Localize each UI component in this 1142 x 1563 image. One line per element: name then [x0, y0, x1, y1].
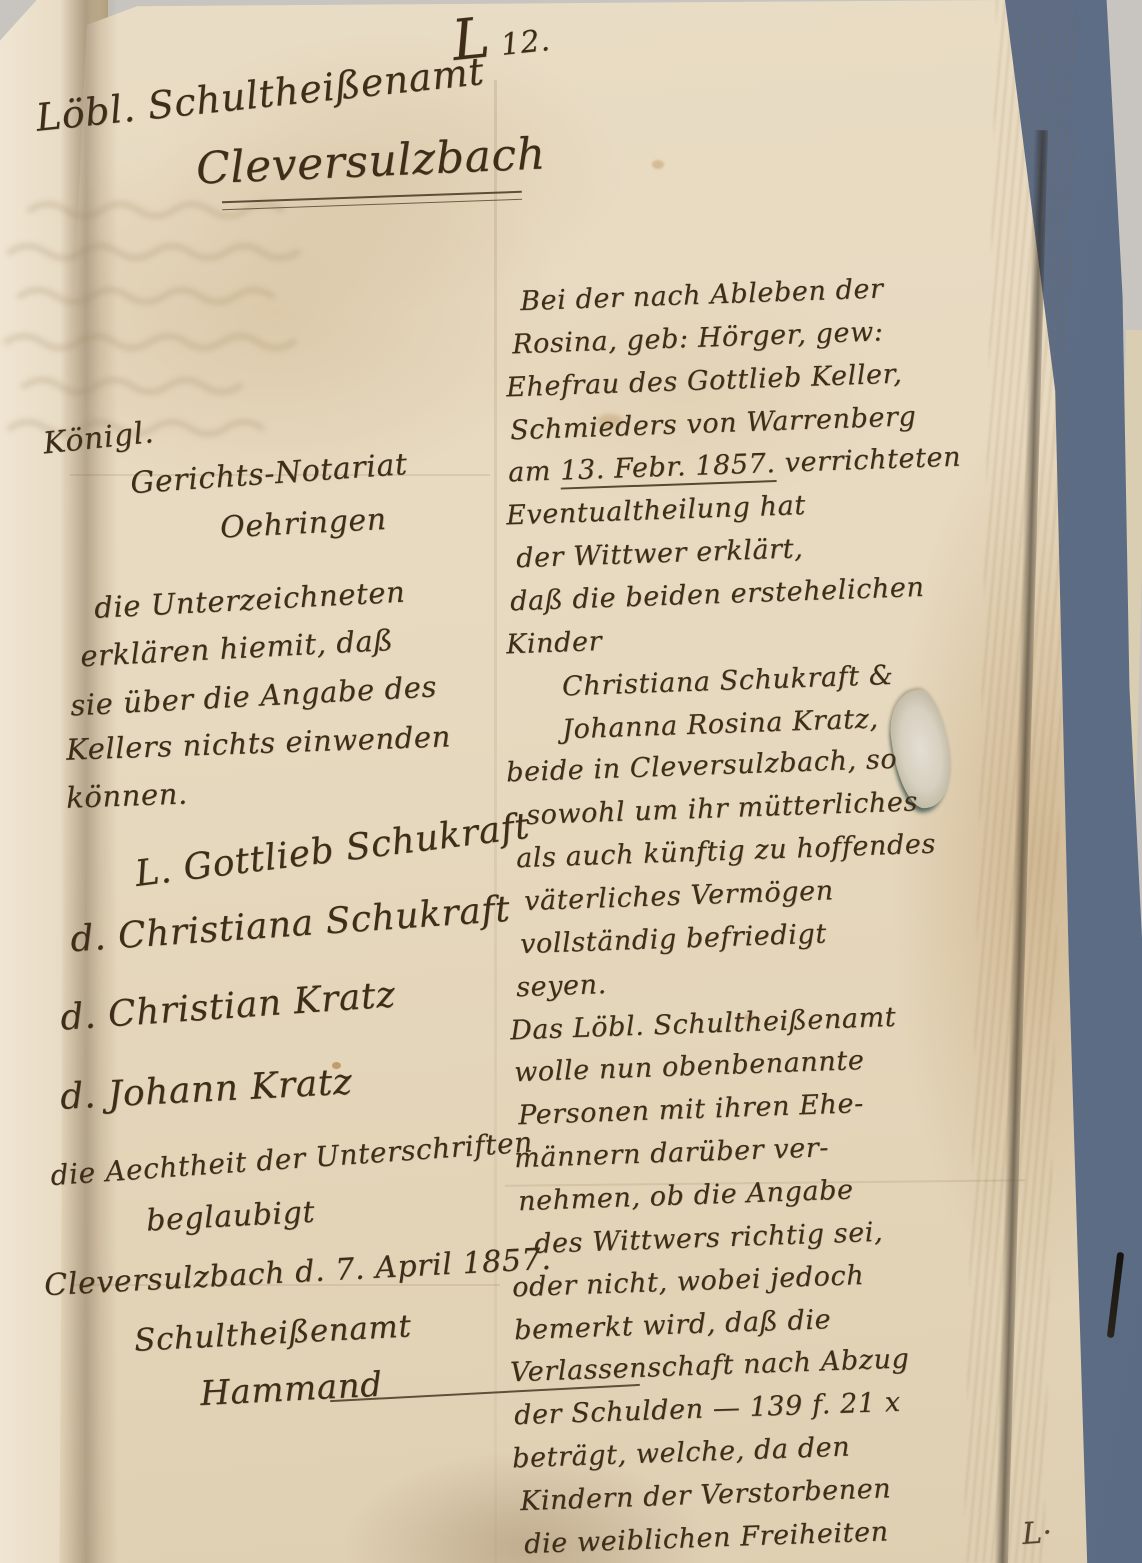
text-line: beglaubigt [145, 1185, 512, 1239]
text-line: Johanna Rosina Kratz, [562, 697, 1047, 746]
text-line: Rosina, geb: Hörger, gew: [512, 311, 1047, 361]
text-line: beträgt, welche, da den [512, 1425, 1047, 1475]
text-line: Verlassenschaft nach Abzug [510, 1339, 1047, 1390]
underlined-date: 13. Febr. 1857. [560, 448, 777, 489]
text-line: oder nicht, wobei jedoch [512, 1253, 1047, 1303]
text-line: Das Löbl. Schultheißenamt [510, 996, 1047, 1047]
text-line: können. [66, 765, 513, 815]
text-line: Personen mit ihren Ehe- [518, 1082, 1047, 1132]
text-line: Schmieders von Warrenberg [510, 396, 1047, 447]
text-line: die Aechtheit der Unterschriften [49, 1127, 512, 1192]
text-line: die Unterzeichneten [93, 569, 512, 625]
text-line: Gerichts-Notariat [129, 440, 513, 502]
text-line: sowohl um ihr mütterliches [526, 782, 1047, 832]
text-line: d. Christiana Schukraft [69, 888, 513, 961]
manuscript-photo: L 12. Löbl. Schultheißenamt Cleversulzba… [0, 0, 1142, 1563]
right-text-column: Bei der nach Ableben derRosina, geb: Hör… [506, 266, 1046, 1552]
text-segment: verrichteten [775, 442, 962, 479]
catchword-mark: L· [1021, 1515, 1054, 1552]
text-line: Kindern der Verstorbenen [520, 1468, 1047, 1518]
text-line: väterliches Vermögen [524, 868, 1047, 918]
text-line: Kellers nichts einwenden [66, 717, 513, 767]
text-line: daß die beiden erstehelichen [510, 568, 1047, 619]
text-line: seyen. [516, 954, 1047, 1004]
text-segment: am [508, 456, 561, 489]
text-line: erklären hiemit, daß [79, 617, 512, 674]
text-line: vollständig befriedigt [520, 911, 1047, 961]
text-line: bemerkt wird, daß die [514, 1296, 1047, 1346]
paper-stain [652, 160, 664, 169]
text-line: des Wittwers richtig sei, [534, 1211, 1047, 1261]
text-line: Christiana Schukraft & [562, 654, 1047, 703]
text-line: sie über die Angabe des [69, 665, 512, 722]
text-line: Kinder [506, 610, 1047, 661]
text-line: Hammand [199, 1357, 513, 1413]
text-line: männern darüber ver- [514, 1125, 1047, 1175]
text-line: d. Johann Kratz [59, 1053, 513, 1119]
text-line: beide in Cleversulzbach, so [506, 739, 1047, 790]
text-line: Oehringen [219, 495, 512, 546]
text-line: der Schulden — 139 f. 21 x [514, 1382, 1047, 1432]
text-line: wolle nun obenbenannte [514, 1039, 1047, 1089]
text-line: der Wittwer erklärt, [516, 525, 1047, 575]
text-line: Eventualtheilung hat [506, 482, 1047, 533]
text-line: Cleversulzbach d. 7. April 1857. [43, 1243, 512, 1303]
text-line: am 13. Febr. 1857. verrichteten [508, 439, 1047, 490]
text-line: d. Christian Kratz [59, 966, 513, 1040]
text-line: Bei der nach Ableben der [520, 268, 1047, 318]
text-line: als auch künftig zu hoffendes [516, 825, 1047, 875]
left-text-column: Königl.Gerichts-NotariatOehringendie Unt… [42, 402, 512, 1406]
text-line: Schultheißenamt [133, 1303, 512, 1359]
text-line: nehmen, ob die Angabe [518, 1168, 1047, 1218]
text-line: L. Gottlieb Schukraft [133, 808, 513, 896]
text-line: Ehefrau des Gottlieb Keller, [506, 353, 1047, 404]
